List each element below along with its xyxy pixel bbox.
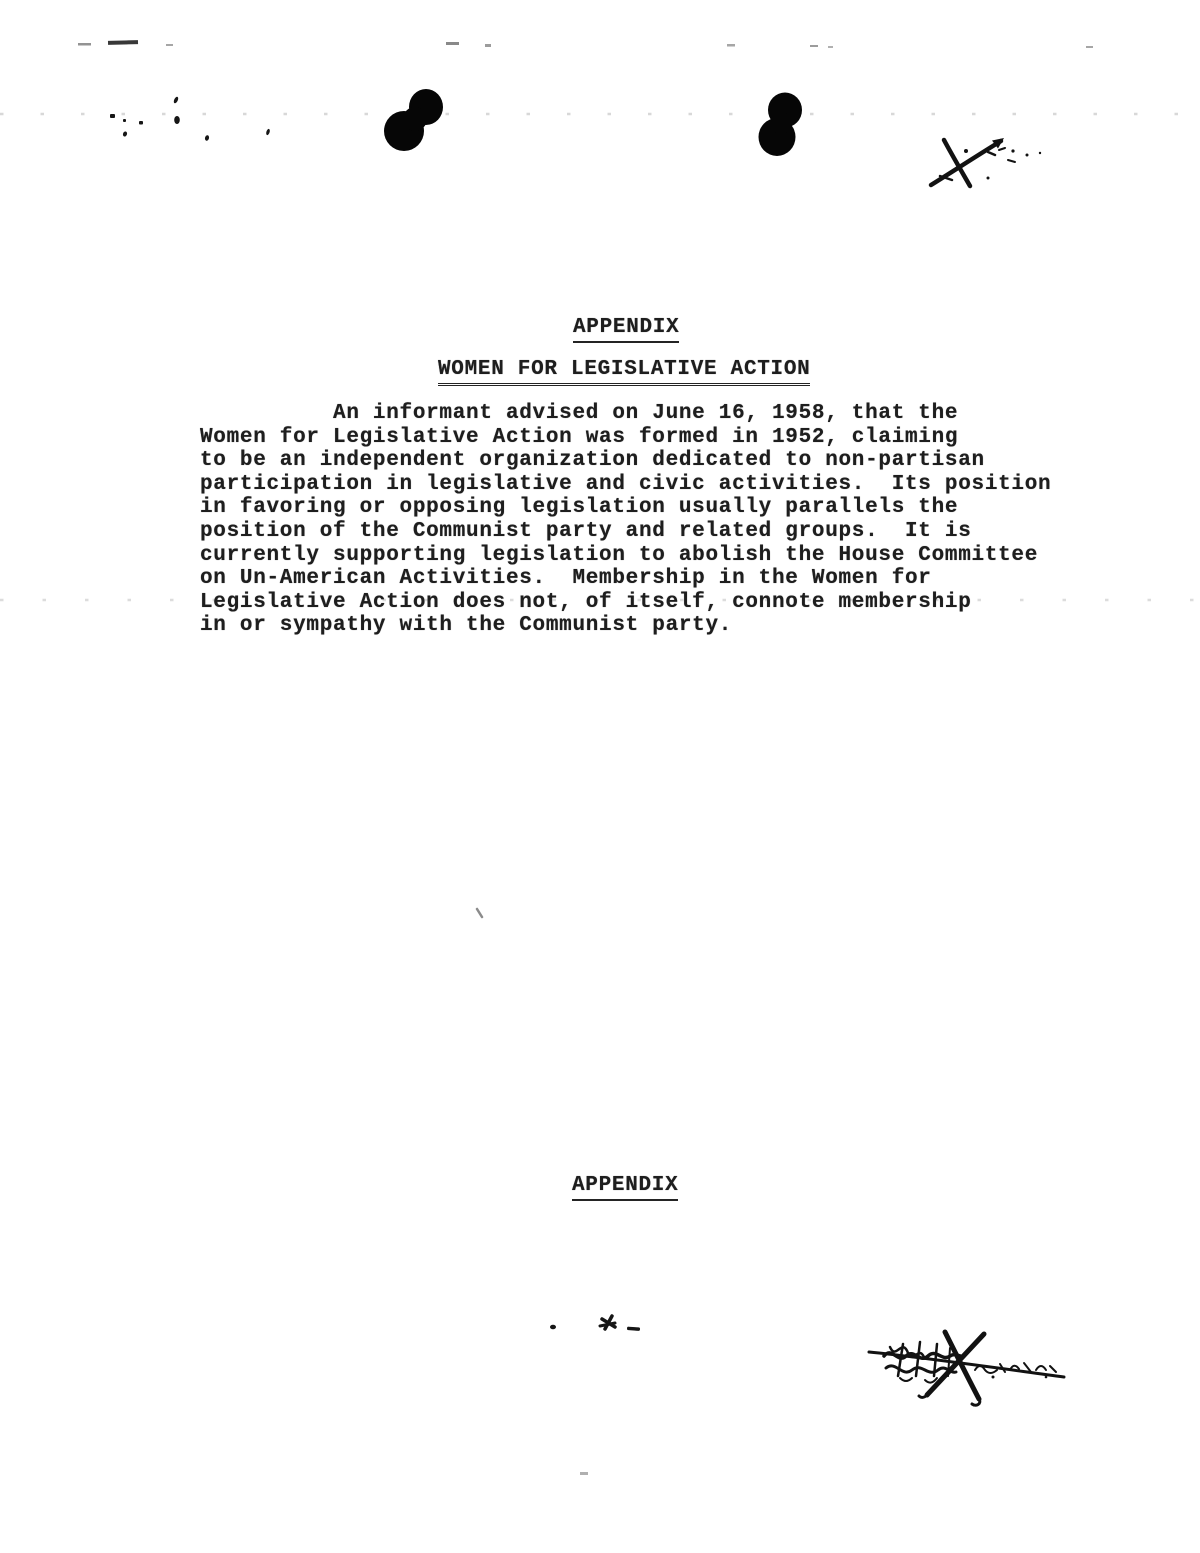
appendix-bottom-label: APPENDIX <box>572 1174 678 1201</box>
small-ink-marks-icon <box>550 1316 640 1331</box>
appendix-heading-top: APPENDIX <box>573 316 679 343</box>
document-title-label: WOMEN FOR LEGISLATIVE ACTION <box>438 358 810 386</box>
document-page: APPENDIX WOMEN FOR LEGISLATIVE ACTION An… <box>0 0 1200 1553</box>
appendix-heading-bottom: APPENDIX <box>572 1174 678 1201</box>
ink-speckle-cluster-icon <box>110 96 271 141</box>
document-title: WOMEN FOR LEGISLATIVE ACTION <box>438 358 810 386</box>
scanner-dash-marks-icon <box>78 40 1093 1475</box>
ink-blot-icon <box>759 93 803 157</box>
body-paragraph: An informant advised on June 16, 1958, t… <box>200 402 1051 638</box>
scan-artifacts-layer <box>0 0 1200 1553</box>
x-scribble-icon <box>931 138 1041 186</box>
stray-mark-icon <box>477 909 482 917</box>
crossed-out-scribble-icon <box>869 1332 1064 1405</box>
appendix-top-label: APPENDIX <box>573 316 679 343</box>
ink-blot-icon <box>384 89 443 151</box>
